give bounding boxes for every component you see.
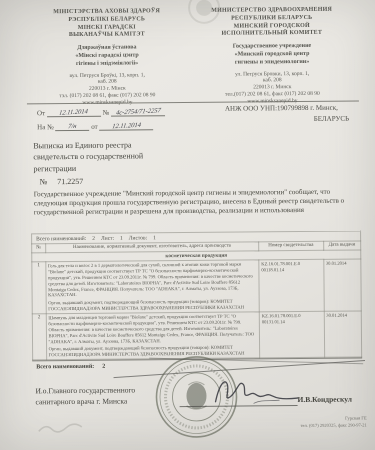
product-description: Гель для тела и волос 2 в 1 дерматологич… (48, 261, 257, 298)
ministry-line: ВЫКАНАЎЧЫ КАМІТЭТ (24, 31, 189, 40)
handwritten-number: 4с-2754/71-2257 (115, 107, 161, 116)
outgoing-number-blank: 4с-2754/71-2257 (111, 107, 165, 116)
reply-date-blank: 12.11.2014 (99, 121, 153, 130)
certificate-number: KZ.16.01.78.001.Е.0 00118.01.14 (259, 259, 324, 312)
certificate-number: KZ.16.01.78.001.Е.0 00131.01.14 (259, 311, 324, 358)
letterhead-belarusian: МІНІСТЭРСТВА АХОВЫ ЗДАРОЎЯ РЭСПУБЛІКІ БЕ… (24, 8, 190, 107)
recipient-stamp-line: БЕЛАРУСЬ (225, 113, 367, 125)
total-label: Всего наименований: (36, 235, 86, 241)
sheet-value: 1 (120, 235, 123, 241)
signatory-title-line: И.о.Главного государственного (35, 384, 135, 396)
signatory-title-line: санитарного врача г. Минска (35, 396, 135, 408)
sheets-value: 1 (153, 235, 156, 241)
letterhead: МІНІСТЭРСТВА АХОВЫ ЗДАРОЎЯ РЭСПУБЛІКІ БЕ… (24, 7, 355, 108)
scanned-document: МІНІСТЭРСТВА АХОВЫ ЗДАРОЎЯ РЭСПУБЛІКІ БЕ… (0, 0, 375, 450)
handwritten-reply-number: 7/н (68, 123, 77, 130)
table-row: 1 Гель для тела и волос 2 в 1 дерматолог… (32, 259, 361, 314)
number-label: № (103, 109, 110, 117)
col-header-date: Дата выдачи (323, 241, 361, 250)
sheets-label: Листов: (129, 235, 147, 241)
signatory-title: И.о.Главного государственного санитарног… (35, 384, 135, 407)
sheet-label: Лист: (101, 235, 114, 241)
executor-phone: тел. (017) 2920325, факс 290-97-21 (227, 422, 367, 430)
number-value: 71.2257 (57, 177, 83, 186)
number-sign: № (40, 177, 48, 186)
issue-date: 30.01.2014 (323, 259, 361, 311)
reply-from-label: от (91, 123, 98, 131)
issue-date: 30.01.2014 (324, 311, 362, 357)
from-date-blank: 12.11.2014 (47, 108, 101, 117)
row-number: 2 (32, 314, 46, 360)
row-number: 1 (32, 262, 46, 314)
handwritten-reply-date: 12.11.2014 (112, 122, 142, 131)
title-line: регистрации (33, 161, 253, 174)
letterhead-russian: МИНИСТЕРСТВО ЗДРАВООХРАНЕНИЯ РЕСПУБЛИКИ … (189, 7, 355, 106)
executor-footnote: Гурская ГЕ тел. (017) 2920325, факс 290-… (227, 415, 367, 430)
table-row: 2 Шампунь для младенцев торговой марки "… (32, 311, 361, 360)
signatory-name: И.В.Кондрескул (297, 395, 352, 404)
issuing-authority: Орган, выдавший документ, подтверждающий… (48, 299, 257, 313)
document-title: Выписка из Единого реестра свидетельств … (33, 138, 253, 174)
total-value: 2 (92, 235, 95, 241)
reply-number-blank: 7/н (55, 122, 89, 131)
body-paragraph: Государственное учреждение "Минский горо… (34, 188, 358, 217)
registry-table: Всего наименований: 2 Лист: 1 Листов: 1 … (31, 230, 362, 372)
reference-block: От 12.11.2014 № 4с-2754/71-2257 На № 7/н… (37, 107, 222, 137)
ministry-line: ИСПОЛНИТЕЛЬНЫЙ КОМИТЕТ (189, 30, 354, 39)
reply-label: На № (37, 123, 54, 131)
org-line: гигиены и эпидемиологии» (190, 58, 355, 67)
handwritten-date: 12.11.2014 (59, 108, 89, 117)
product-description: Шампунь для младенцев торговой марки "Bi… (48, 313, 257, 344)
footer-total-label: Всего наименований: (36, 363, 94, 370)
from-label: От (37, 109, 45, 117)
pencil-smudge (36, 419, 86, 437)
footer-total-value: 2 (102, 363, 105, 369)
col-header-number: № (32, 244, 46, 253)
recipient-stamp: АНЖ ООО УНП:190799898 г. Минск, БЕЛАРУСЬ (225, 102, 367, 124)
document-number: №71.2257 (40, 177, 84, 186)
org-line: гігіены і эпідэміялогіі» (25, 60, 190, 69)
